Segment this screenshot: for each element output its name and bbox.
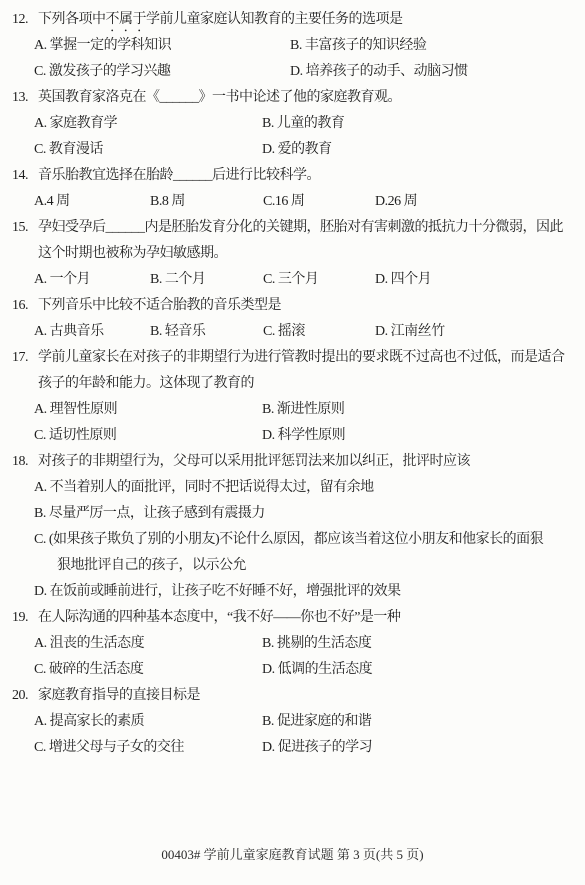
question-16: 16.下列音乐中比较不适合胎教的音乐类型是 A. 古典音乐B. 轻音乐C. 摇滚… [12, 293, 585, 345]
option-text: D. 在饭前或睡前进行，让孩子吃不好睡不好，增强批评的效果 [34, 584, 401, 599]
question-12-options-row-2: C. 激发孩子的学习兴趣D. 培养孩子的动手、动脑习惯 [12, 59, 585, 85]
question-15: 15.孕妇受孕后______内是胚胎发育分化的关键期，胚胎对有害刺激的抵抗力十分… [12, 215, 585, 293]
question-19-stem: 19.在人际沟通的四种基本态度中，“我不好——你也不好”是一种 [12, 605, 585, 631]
question-12-stem: 12.下列各项中不属于学前儿童家庭认知教育的主要任务的选项是 [12, 7, 585, 33]
option-c: C. 三个月 [263, 267, 375, 293]
stem-emphasized-text: 不属于 [106, 12, 147, 27]
option-d: D. 培养孩子的动手、动脑习惯 [290, 59, 468, 85]
option-text: C. (如果孩子欺负了别的小朋友)不论什么原因，都应该当着这位小朋友和他家长的面… [34, 532, 543, 547]
question-12-options-row-1: A. 掌握一定的学科知识B. 丰富孩子的知识经验 [12, 33, 585, 59]
question-number: 18. [12, 449, 34, 475]
option-d: D. 低调的生活态度 [262, 657, 372, 683]
option-b: B. 丰富孩子的知识经验 [290, 33, 426, 59]
option-a: A. 不当着别人的面批评，同时不把话说得太过，留有余地 [12, 475, 585, 501]
question-number: 19. [12, 605, 34, 631]
question-15-stem-line-2: 这个时期也被称为孕妇敏感期。 [12, 241, 585, 267]
stem-text: 学前儿童家庭认知教育的主要任务的选项是 [146, 12, 403, 27]
option-d: D. 在饭前或睡前进行，让孩子吃不好睡不好，增强批评的效果 [12, 579, 585, 605]
question-17-stem-line-2: 孩子的年龄和能力。这体现了教育的 [12, 371, 585, 397]
option-c: C. 激发孩子的学习兴趣 [34, 59, 290, 85]
option-c: C. 教育漫话 [34, 137, 262, 163]
question-13-options-row-1: A. 家庭教育学B. 儿童的教育 [12, 111, 585, 137]
option-c: C. 摇滚 [263, 319, 375, 345]
option-a: A. 家庭教育学 [34, 111, 262, 137]
stem-text: 对孩子的非期望行为，父母可以采用批评惩罚法来加以纠正，批评时应该 [38, 454, 470, 469]
stem-text: 下列各项中 [38, 12, 106, 27]
option-a: A. 古典音乐 [34, 319, 150, 345]
question-16-options-row: A. 古典音乐B. 轻音乐C. 摇滚D. 江南丝竹 [12, 319, 585, 345]
option-a: A.4 周 [34, 189, 150, 215]
option-c: C.16 周 [263, 189, 375, 215]
question-20-options-row-1: A. 提高家长的素质B. 促进家庭的和谐 [12, 709, 585, 735]
option-b: B. 渐进性原则 [262, 397, 344, 423]
question-number: 15. [12, 215, 34, 241]
stem-text: 这个时期也被称为孕妇敏感期。 [38, 246, 227, 261]
option-b: B. 促进家庭的和谐 [262, 709, 371, 735]
option-b: B.8 周 [150, 189, 263, 215]
question-number: 13. [12, 85, 34, 111]
option-b: B. 轻音乐 [150, 319, 263, 345]
question-20-options-row-2: C. 增进父母与子女的交往D. 促进孩子的学习 [12, 735, 585, 761]
option-c-line-1: C. (如果孩子欺负了别的小朋友)不论什么原因，都应该当着这位小朋友和他家长的面… [12, 527, 585, 553]
stem-text: 音乐胎教宜选择在胎龄______后进行比较科学。 [38, 168, 320, 183]
option-text: 狠地批评自己的孩子，以示公允 [57, 558, 246, 573]
option-text: B. 尽量严厉一点，让孩子感到有震摄力 [34, 506, 265, 521]
option-d: D.26 周 [375, 189, 417, 215]
question-14: 14.音乐胎教宜选择在胎龄______后进行比较科学。 A.4 周B.8 周C.… [12, 163, 585, 215]
question-18-stem: 18.对孩子的非期望行为，父母可以采用批评惩罚法来加以纠正，批评时应该 [12, 449, 585, 475]
option-c: C. 增进父母与子女的交往 [34, 735, 262, 761]
option-d: D. 促进孩子的学习 [262, 735, 372, 761]
question-number: 16. [12, 293, 34, 319]
question-13-options-row-2: C. 教育漫话D. 爱的教育 [12, 137, 585, 163]
option-c: C. 破碎的生活态度 [34, 657, 262, 683]
questions-area: 12.下列各项中不属于学前儿童家庭认知教育的主要任务的选项是 A. 掌握一定的学… [0, 0, 585, 761]
question-13: 13.英国教育家洛克在《______》一书中论述了他的家庭教育观。 A. 家庭教… [12, 85, 585, 163]
question-16-stem: 16.下列音乐中比较不适合胎教的音乐类型是 [12, 293, 585, 319]
stem-text: 在人际沟通的四种基本态度中，“我不好——你也不好”是一种 [38, 610, 400, 625]
option-a: A. 一个月 [34, 267, 150, 293]
question-19-options-row-2: C. 破碎的生活态度D. 低调的生活态度 [12, 657, 585, 683]
stem-text: 孩子的年龄和能力。这体现了教育的 [38, 376, 254, 391]
question-20: 20.家庭教育指导的直接目标是 A. 提高家长的素质B. 促进家庭的和谐 C. … [12, 683, 585, 761]
question-13-stem: 13.英国教育家洛克在《______》一书中论述了他的家庭教育观。 [12, 85, 585, 111]
question-number: 12. [12, 7, 34, 33]
option-b: B. 尽量严厉一点，让孩子感到有震摄力 [12, 501, 585, 527]
option-b: B. 挑剔的生活态度 [262, 631, 371, 657]
option-d: D. 爱的教育 [262, 137, 332, 163]
question-15-stem-line-1: 15.孕妇受孕后______内是胚胎发育分化的关键期，胚胎对有害刺激的抵抗力十分… [12, 215, 585, 241]
option-c: C. 适切性原则 [34, 423, 262, 449]
stem-text: 英国教育家洛克在《______》一书中论述了他的家庭教育观。 [38, 90, 401, 105]
option-a: A. 沮丧的生活态度 [34, 631, 262, 657]
option-d: D. 科学性原则 [262, 423, 345, 449]
question-17-options-row-2: C. 适切性原则D. 科学性原则 [12, 423, 585, 449]
option-a: A. 理智性原则 [34, 397, 262, 423]
stem-text: 家庭教育指导的直接目标是 [38, 688, 200, 703]
question-17-stem-line-1: 17.学前儿童家长在对孩子的非期望行为进行管教时提出的要求既不过高也不过低，而是… [12, 345, 585, 371]
stem-text: 孕妇受孕后______内是胚胎发育分化的关键期，胚胎对有害刺激的抵抗力十分微弱，… [38, 220, 563, 235]
question-number: 20. [12, 683, 34, 709]
question-number: 17. [12, 345, 34, 371]
question-20-stem: 20.家庭教育指导的直接目标是 [12, 683, 585, 709]
option-a: A. 提高家长的素质 [34, 709, 262, 735]
question-14-stem: 14.音乐胎教宜选择在胎龄______后进行比较科学。 [12, 163, 585, 189]
option-b: B. 儿童的教育 [262, 111, 344, 137]
question-number: 14. [12, 163, 34, 189]
option-c-line-2: 狠地批评自己的孩子，以示公允 [12, 553, 585, 579]
option-d: D. 四个月 [375, 267, 431, 293]
question-19-options-row-1: A. 沮丧的生活态度B. 挑剔的生活态度 [12, 631, 585, 657]
page-footer: 00403# 学前儿童家庭教育试题 第 3 页(共 5 页) [0, 844, 585, 863]
option-b: B. 二个月 [150, 267, 263, 293]
question-14-options-row: A.4 周B.8 周C.16 周D.26 周 [12, 189, 585, 215]
exam-paper-page: 12.下列各项中不属于学前儿童家庭认知教育的主要任务的选项是 A. 掌握一定的学… [0, 0, 585, 885]
stem-text: 下列音乐中比较不适合胎教的音乐类型是 [38, 298, 281, 313]
question-18: 18.对孩子的非期望行为，父母可以采用批评惩罚法来加以纠正，批评时应该 A. 不… [12, 449, 585, 605]
question-17: 17.学前儿童家长在对孩子的非期望行为进行管教时提出的要求既不过高也不过低，而是… [12, 345, 585, 449]
question-17-options-row-1: A. 理智性原则B. 渐进性原则 [12, 397, 585, 423]
option-a: A. 掌握一定的学科知识 [34, 33, 290, 59]
question-19: 19.在人际沟通的四种基本态度中，“我不好——你也不好”是一种 A. 沮丧的生活… [12, 605, 585, 683]
question-15-options-row: A. 一个月B. 二个月C. 三个月D. 四个月 [12, 267, 585, 293]
question-12: 12.下列各项中不属于学前儿童家庭认知教育的主要任务的选项是 A. 掌握一定的学… [12, 7, 585, 85]
option-text: A. 不当着别人的面批评，同时不把话说得太过，留有余地 [34, 480, 374, 495]
option-d: D. 江南丝竹 [375, 319, 445, 345]
stem-text: 学前儿童家长在对孩子的非期望行为进行管教时提出的要求既不过高也不过低，而是适合 [38, 350, 565, 365]
